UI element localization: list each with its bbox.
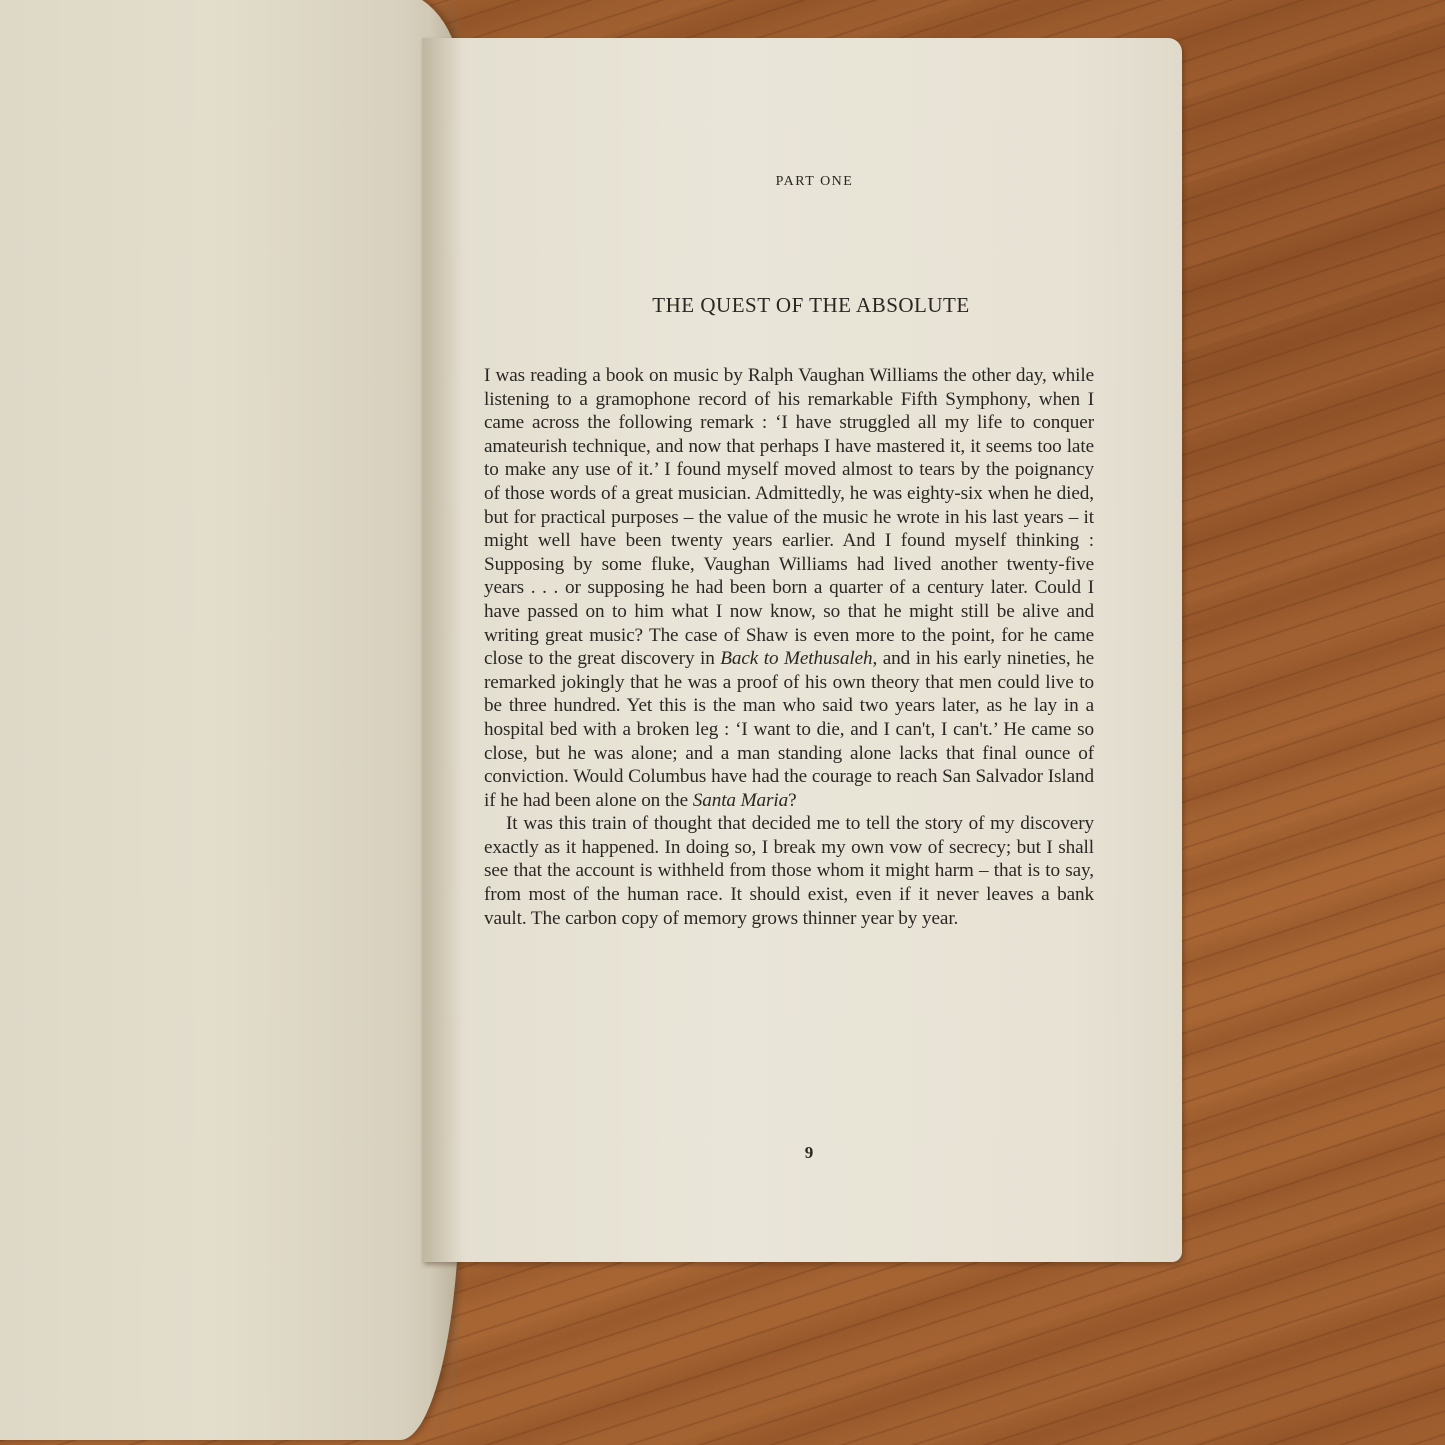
page-number: 9 (422, 1143, 1182, 1163)
italic-title-back-to-methusaleh: Back to Methusaleh (720, 648, 872, 669)
part-label: PART ONE (422, 174, 1182, 190)
text-segment: , and in his early nineties, he remarked… (484, 648, 1094, 811)
italic-ship-name: Santa Maria (693, 790, 788, 811)
chapter-title: THE QUEST OF THE ABSOLUTE (422, 293, 1182, 318)
left-page-blank (0, 0, 460, 1440)
right-page: PART ONE THE QUEST OF THE ABSOLUTE I was… (422, 38, 1182, 1262)
paragraph-1: I was reading a book on music by Ralph V… (484, 364, 1094, 812)
paragraph-2: It was this train of thought that decide… (484, 812, 1094, 930)
text-segment: ? (788, 790, 796, 811)
text-segment: I was reading a book on music by Ralph V… (484, 365, 1094, 669)
body-text: I was reading a book on music by Ralph V… (484, 364, 1094, 930)
text-segment: It was this train of thought that decide… (484, 813, 1094, 928)
